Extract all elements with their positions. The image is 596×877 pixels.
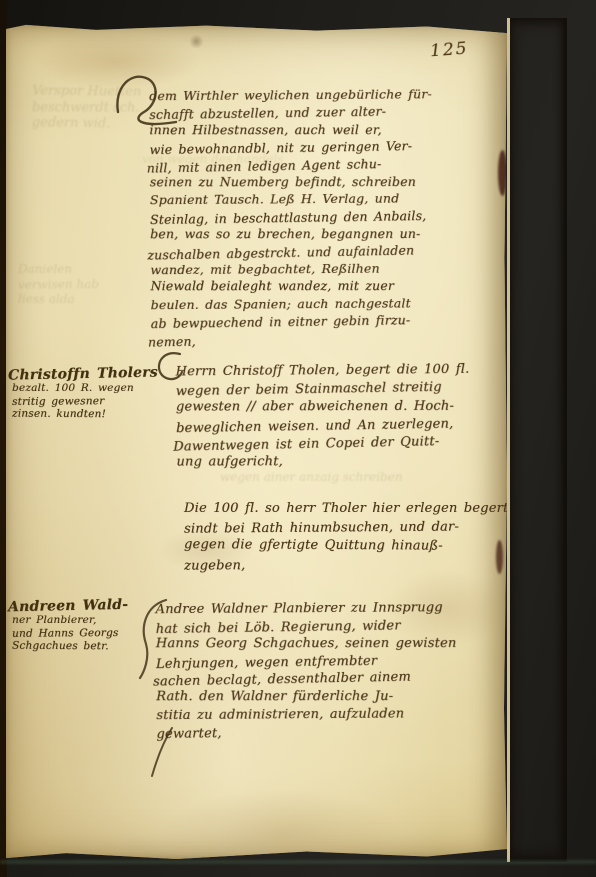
handwriting-line: ner Planbierer, — [8, 614, 128, 627]
photo-left-border — [0, 0, 7, 877]
handwriting-line: liess alda — [18, 292, 99, 307]
handwriting-line: gewartet, — [156, 721, 512, 744]
paragraph-block-1: dem Wirthler weylichen ungebürliche für-… — [149, 85, 511, 349]
handwriting-line: gedern wid. — [32, 115, 141, 133]
handwriting-line: zinsen. kundten! — [8, 408, 158, 422]
paragraph-block-2: Herrn Christoff Tholen, begert die 100 f… — [176, 361, 513, 473]
handwriting-line: Rath. den Waldner fürderliche Ju- — [156, 688, 512, 706]
book-fore-edge — [507, 18, 567, 862]
ink-blot — [498, 150, 507, 196]
paragraph-block-3: Die 100 fl. so herr Tholer hier erlegen … — [184, 500, 514, 574]
handwriting-line: Hanns Georg Schgachues, seinen gewisten — [156, 635, 512, 653]
bleedthrough-text: Danielenverwisen habliess alda — [18, 262, 99, 307]
handwriting-line: gegen die gfertigte Quittung hinauß- — [184, 536, 514, 557]
scan-bottom-glint — [0, 860, 596, 864]
handwriting-line: gewesten // aber abweichenen d. Hoch- — [176, 398, 512, 417]
page-edge-curl — [509, 18, 518, 862]
handwriting-line: seinen zu Nuemberg befindt, schreiben — [150, 173, 510, 191]
handwriting-line: beschwerdt sch. — [32, 100, 141, 116]
ink-blot — [496, 540, 503, 574]
handwriting-line: Danielen — [18, 262, 99, 277]
margin-note-1: Christoffn Tholers bezalt. 100 R. wegens… — [8, 366, 158, 422]
margin-note-heading: Christoffn Tholers — [8, 364, 158, 383]
handwriting-line: verwisen hab — [18, 277, 99, 293]
handwriting-line: bezalt. 100 R. wegen — [8, 382, 158, 395]
paragraph-block-4: Andree Waldner Planbierer zu Innspruggha… — [156, 599, 513, 742]
folio-number: 125 — [429, 39, 469, 62]
handwriting-line: Verspor Huetten — [32, 83, 141, 100]
margin-note-2: Andreen Wald- ner Planbierer,und Hanns G… — [8, 598, 128, 654]
margin-note-heading: Andreen Wald- — [8, 597, 128, 616]
handwriting-line: zugeben, — [184, 555, 514, 576]
bleedthrough-text: Verspor Huettenbeschwerdt sch.gedern wid… — [32, 83, 142, 132]
bleedthrough-text: wegen ainer anzaig schreiben — [220, 470, 403, 484]
handwriting-line: Schgachues betr. — [8, 640, 128, 654]
handwriting-line: Die 100 fl. so herr Tholer hier erlegen … — [184, 500, 514, 519]
manuscript-photo: Verspor Huettenbeschwerdt sch.gedern wid… — [0, 0, 596, 877]
handwriting-line: Niewald beialeght wandez, mit zuer — [150, 277, 510, 295]
handwriting-line: ung aufgericht, — [176, 453, 512, 472]
manuscript-page: Verspor Huettenbeschwerdt sch.gedern wid… — [6, 24, 507, 859]
